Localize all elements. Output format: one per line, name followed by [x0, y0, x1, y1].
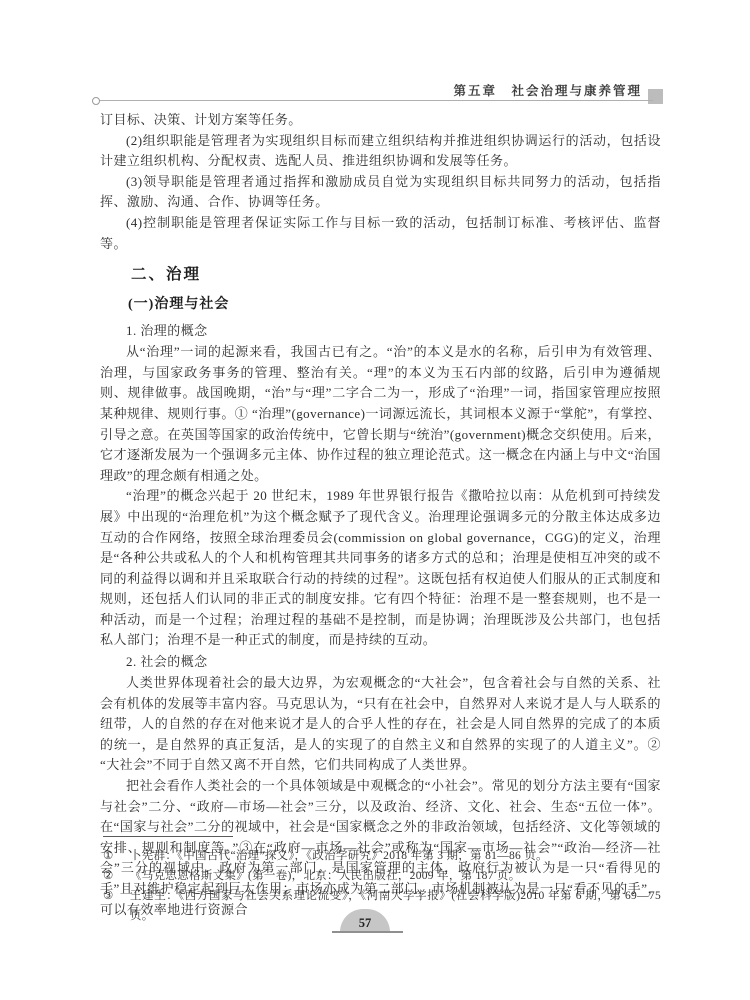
item-heading-governance-concept: 1. 治理的概念: [100, 320, 661, 341]
footnote-1-marker: ①: [103, 846, 130, 866]
paragraph-governance-modern: “治理”的概念兴起于 20 世纪末，1989 年世界银行报告《撒哈拉以南：从危机…: [100, 486, 661, 651]
paragraph-society-macro: 人类世界体现着社会的最大边界，为宏观概念的“大社会”，包含着社会与自然的关系、社…: [100, 673, 661, 776]
footnote-3-text: 王建生：《西方国家与社会关系理论流变》，《河南大学学报》(社会科学版)2010 …: [130, 886, 661, 926]
header-corner-square-decoration: [648, 89, 663, 104]
paragraph-function-control: (4)控制职能是管理者保证实际工作与目标一致的活动，包括制订标准、考核评估、监督…: [100, 213, 661, 254]
running-head-chapter-title: 第五章 社会治理与康养管理: [453, 81, 642, 99]
body-text-column: 订目标、决策、计划方案等任务。 (2)组织职能是管理者为实现组织目标而建立组织结…: [100, 110, 661, 920]
subsection-heading-governance-and-society: (一)治理与社会: [100, 294, 661, 316]
book-page: 第五章 社会治理与康养管理 订目标、决策、计划方案等任务。 (2)组织职能是管理…: [0, 0, 750, 1000]
footnote-separator-rule: [103, 836, 233, 837]
footnote-3-marker: ③: [103, 886, 130, 926]
footnote-2-text: 《马克思恩格斯文集》(第一卷)，北京：人民出版社，2009 年，第 187 页。: [130, 866, 661, 886]
paragraph-governance-origin: 从“治理”一词的起源来看，我国古已有之。“治”的本义是水的名称，后引申为有效管理…: [100, 342, 661, 486]
paragraph-function-organize: (2)组织职能是管理者为实现组织目标而建立组织结构并推进组织协调运行的活动，包括…: [100, 131, 661, 172]
paragraph-continuation: 订目标、决策、计划方案等任务。: [100, 110, 661, 131]
header-rule-end-ring: [92, 97, 100, 105]
footnote-1: ① 卜宪群：《中国古代“治理”探义》，《政治学研究》2018 年第 3 期，第 …: [100, 846, 661, 866]
footnote-1-text: 卜宪群：《中国古代“治理”探义》，《政治学研究》2018 年第 3 期，第 81…: [130, 846, 661, 866]
footnote-2-marker: ②: [103, 866, 130, 886]
paragraph-function-lead: (3)领导职能是管理者通过指挥和激励成员自觉为实现组织目标共同努力的活动，包括指…: [100, 172, 661, 213]
header-rule: [96, 100, 653, 101]
section-heading-governance: 二、治理: [100, 263, 661, 287]
page-number-rule: [332, 931, 403, 933]
item-heading-society-concept: 2. 社会的概念: [100, 651, 661, 672]
footnote-2: ② 《马克思恩格斯文集》(第一卷)，北京：人民出版社，2009 年，第 187 …: [100, 866, 661, 886]
